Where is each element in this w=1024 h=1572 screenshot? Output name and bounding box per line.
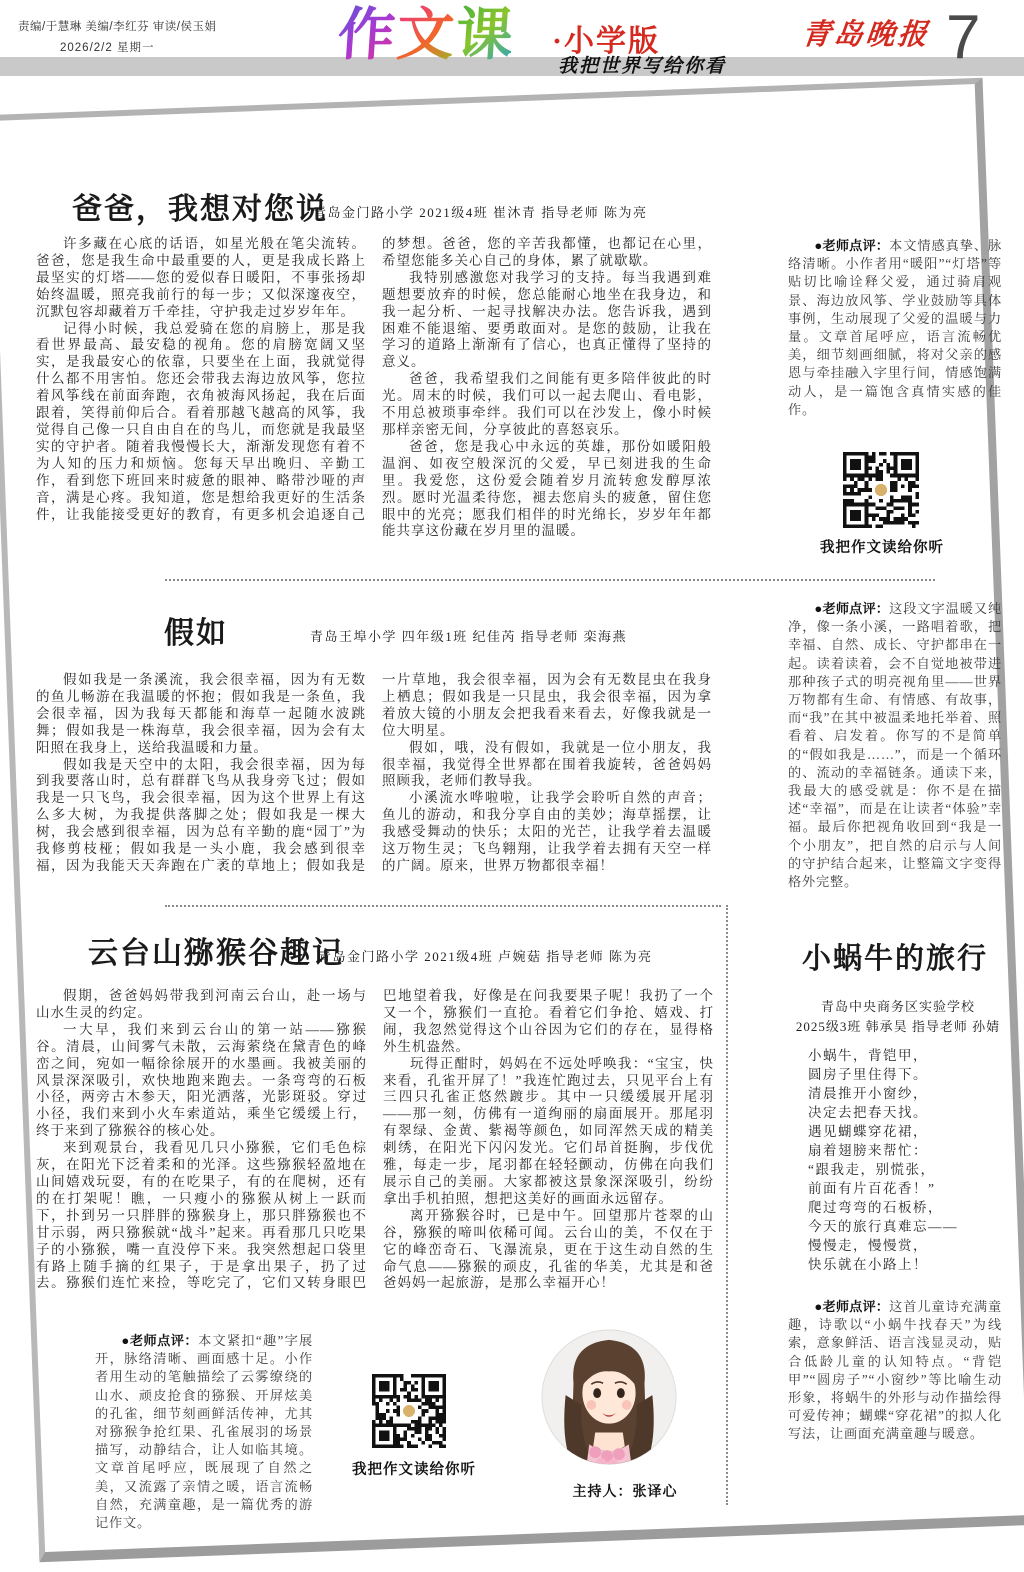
poem-line: “跟我走，别慌张， [808,1160,958,1179]
article2-paragraph: 假如我是一条溪流，我会很幸福，因为有无数的鱼儿畅游在我温暖的怀抱；假如我是一条鱼… [36,672,366,757]
article2-teacher-comment: ●老师点评：这段文字温暖又纯净，像一条小溪，一路唱着歌，把幸福、自然、成长、守护… [788,600,1002,891]
qr-caption: 我把作文读给你听 [352,1458,476,1479]
comment-label: ●老师点评： [814,601,889,616]
poem-line: 决定去把春天找。 [808,1103,958,1122]
poem-line: 扇着翅膀来帮忙： [808,1141,958,1160]
article1-paragraph: 我特别感激您对我学习的支持。每当我遇到难题想要放弃的时候，您总能耐心地坐在我身边… [382,270,712,371]
newspaper-page: 责编/于慧琳 美编/李红芬 审读/侯玉娟 2026/2/2 星期一 作文课 作文… [0,0,1024,1572]
article1-paragraph: 爸爸，我希望我们之间能有更多陪伴彼此的时光。周末的时候，我们可以一起去爬山、看电… [382,371,712,439]
section-divider [165,579,935,581]
masthead-title: 作文课 [338,0,515,70]
article2-byline: 青岛王埠小学 四年级1班 纪佳芮 指导老师 栾海燕 [310,626,627,645]
page-number: 7 [946,2,980,73]
host-caption: 主持人：张译心 [560,1481,690,1501]
article4-title: 小蜗牛的旅行 [780,936,1010,977]
poem-line: 遇见蝴蝶穿花裙， [808,1122,958,1141]
host-avatar [540,1326,678,1484]
paper-name: 青岛晚报 [800,12,932,53]
masthead-char-1: 作 [336,0,400,70]
article1-title: 爸爸，我想对您说 [72,184,328,228]
comment-text: 本文情感真挚、脉络清晰。小作者用“暖阳”“灯塔”等贴切比喻诠释父爱，通过骑肩观景… [788,238,1002,417]
article4-byline-school: 青岛中央商务区实验学校 [778,996,1018,1015]
poem-line: 爬过弯弯的石板桥， [808,1198,958,1217]
article3-paragraph: 玩得正酣时，妈妈在不远处呼唤我：“宝宝，快来看，孔雀开屏了！”我连忙跑过去，只见… [383,1056,714,1208]
comment-text: 本文紧扣“趣”字展开，脉络清晰、画面感十足。小作者用生动的笔触描绘了云雾缭绕的山… [95,1333,313,1530]
poem-line: 今天的旅行真难忘—— [808,1217,958,1236]
article1-paragraph: 爸爸，您是我心中永远的英雄，那份如暖阳般温润、如夜空般深沉的父爱，早已刻进我的生… [382,439,712,540]
comment-label: ●老师点评： [814,1299,889,1314]
article3-paragraph: 假期，爸爸妈妈带我到河南云台山，赴一场与山水生灵的约定。 [36,988,367,1022]
comment-label: ●老师点评： [121,1333,198,1348]
poem-line: 清晨推开小窗纱， [808,1084,958,1103]
article3-teacher-comment: ●老师点评：本文紧扣“趣”字展开，脉络清晰、画面感十足。小作者用生动的笔触描绘了… [95,1332,313,1532]
slogan: 我把世界写给你看 [558,51,726,78]
poem-line: 快乐就在小路上！ [808,1255,958,1274]
article1-byline: 青岛金门路小学 2021级4班 崔沐青 指导老师 陈为亮 [313,202,648,221]
article3-paragraph: 离开猕猴谷时，已是中午。回望那片苍翠的山谷，猕猴的啼叫依稀可闻。云台山的美，不仅… [383,1208,714,1293]
article3-paragraph: 一大早，我们来到云台山的第一站——猕猴谷。清晨，山间雾气未散，云海萦绕在黛青色的… [36,1022,367,1140]
qr-code [372,1374,446,1448]
comment-text: 这首儿童诗充满童趣，诗歌以“小蜗牛找春天”为线索，意象鲜活、语言浅显灵动，贴合低… [788,1299,1002,1441]
article4-teacher-comment: ●老师点评：这首儿童诗充满童趣，诗歌以“小蜗牛找春天”为线索，意象鲜活、语言浅显… [788,1298,1002,1444]
article3-title: 云台山猕猴谷趣记 [88,928,344,972]
article2-title: 假如 [164,608,228,652]
poem-line: 慢慢走，慢慢赏， [808,1236,958,1255]
section-divider [165,905,721,907]
article3-byline: 青岛金门路小学 2021级4班 卢婉菇 指导老师 陈为亮 [318,946,653,965]
comment-text: 这段文字温暖又纯净，像一条小溪，一路唱着歌，把幸福、自然、成长、守护都串在一起。… [788,601,1002,889]
article1-teacher-comment: ●老师点评：本文情感真挚、脉络清晰。小作者用“暖阳”“灯塔”等贴切比喻诠释父爱，… [788,237,1002,419]
editors-line: 责编/于慧琳 美编/李红芬 审读/侯玉娟 [18,18,216,34]
poem-line: 圆房子里住得下。 [808,1065,958,1084]
poem-line: 小蜗牛，背铠甲， [808,1046,958,1065]
article2-paragraph: 假如，哦，没有假如，我就是一位小朋友，我很幸福，我觉得全世界都在围着我旋转，爸爸… [382,740,712,791]
column-divider [726,905,728,1505]
article1-body: 许多藏在心底的话语，如星光般在笔尖流转。爸爸，您是我生命中最重要的人，更是我成长… [36,236,712,572]
article3-body: 假期，爸爸妈妈带我到河南云台山，赴一场与山水生灵的约定。 一大早，我们来到云台山… [36,988,714,1324]
masthead-char-2: 文 [395,0,459,70]
qr-caption: 我把作文读给你听 [820,536,944,557]
article4-byline-class: 2025级3班 韩承昊 指导老师 孙婧 [770,1016,1024,1035]
poem-line: 前面有片百花香！” [808,1179,958,1198]
article2-paragraph: 小溪流水哗啦啦，让我学会聆听自然的声音；鱼儿的游动，和我分享自由的美妙；海草摇摆… [382,790,712,875]
article1-paragraph: 许多藏在心底的话语，如星光般在笔尖流转。爸爸，您是我生命中最重要的人，更是我成长… [36,236,366,321]
qr-code [843,452,919,528]
article4-poem: 小蜗牛，背铠甲， 圆房子里住得下。 清晨推开小窗纱， 决定去把春天找。 遇见蝴蝶… [808,1046,958,1274]
date-line: 2026/2/2 星期一 [60,39,154,55]
article2-body: 假如我是一条溪流，我会很幸福，因为有无数的鱼儿畅游在我温暖的怀抱；假如我是一条鱼… [36,672,712,904]
masthead-char-3: 课 [454,0,518,70]
comment-label: ●老师点评： [814,238,889,253]
